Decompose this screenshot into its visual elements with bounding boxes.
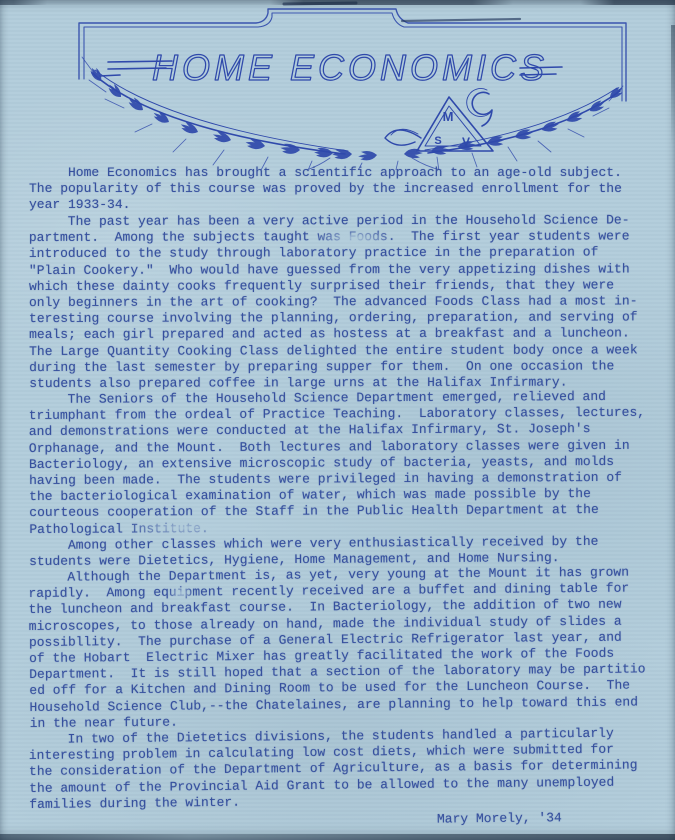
monogram-triangle (417, 97, 493, 151)
paragraph: Home Economics has brought a scientific … (29, 165, 675, 214)
typewritten-text: Home Economics has brought a scientific … (29, 165, 675, 840)
paragraph: In two of the Dietetics divisions, the s… (29, 725, 675, 813)
signature: Mary Morely, '34 (29, 809, 675, 832)
monogram-letter-v: V (462, 135, 470, 149)
paragraph: Although the Department is, as yet, very… (28, 564, 675, 732)
page-title: HOME ECONOMICS (152, 47, 548, 88)
scanned-page: HOME ECONOMICS (0, 0, 675, 840)
laurel-branch-right (425, 88, 620, 153)
scan-top-smudge (284, 3, 520, 21)
msv-monogram: M S V (385, 89, 493, 151)
header-artwork: HOME ECONOMICS (0, 0, 675, 170)
monogram-scroll (472, 92, 492, 126)
paragraph: The Seniors of the Household Science Dep… (29, 388, 675, 537)
monogram-letter-s: S (434, 135, 441, 147)
paragraph: The past year has been a very active per… (29, 212, 675, 392)
monogram-letter-m: M (443, 109, 454, 124)
